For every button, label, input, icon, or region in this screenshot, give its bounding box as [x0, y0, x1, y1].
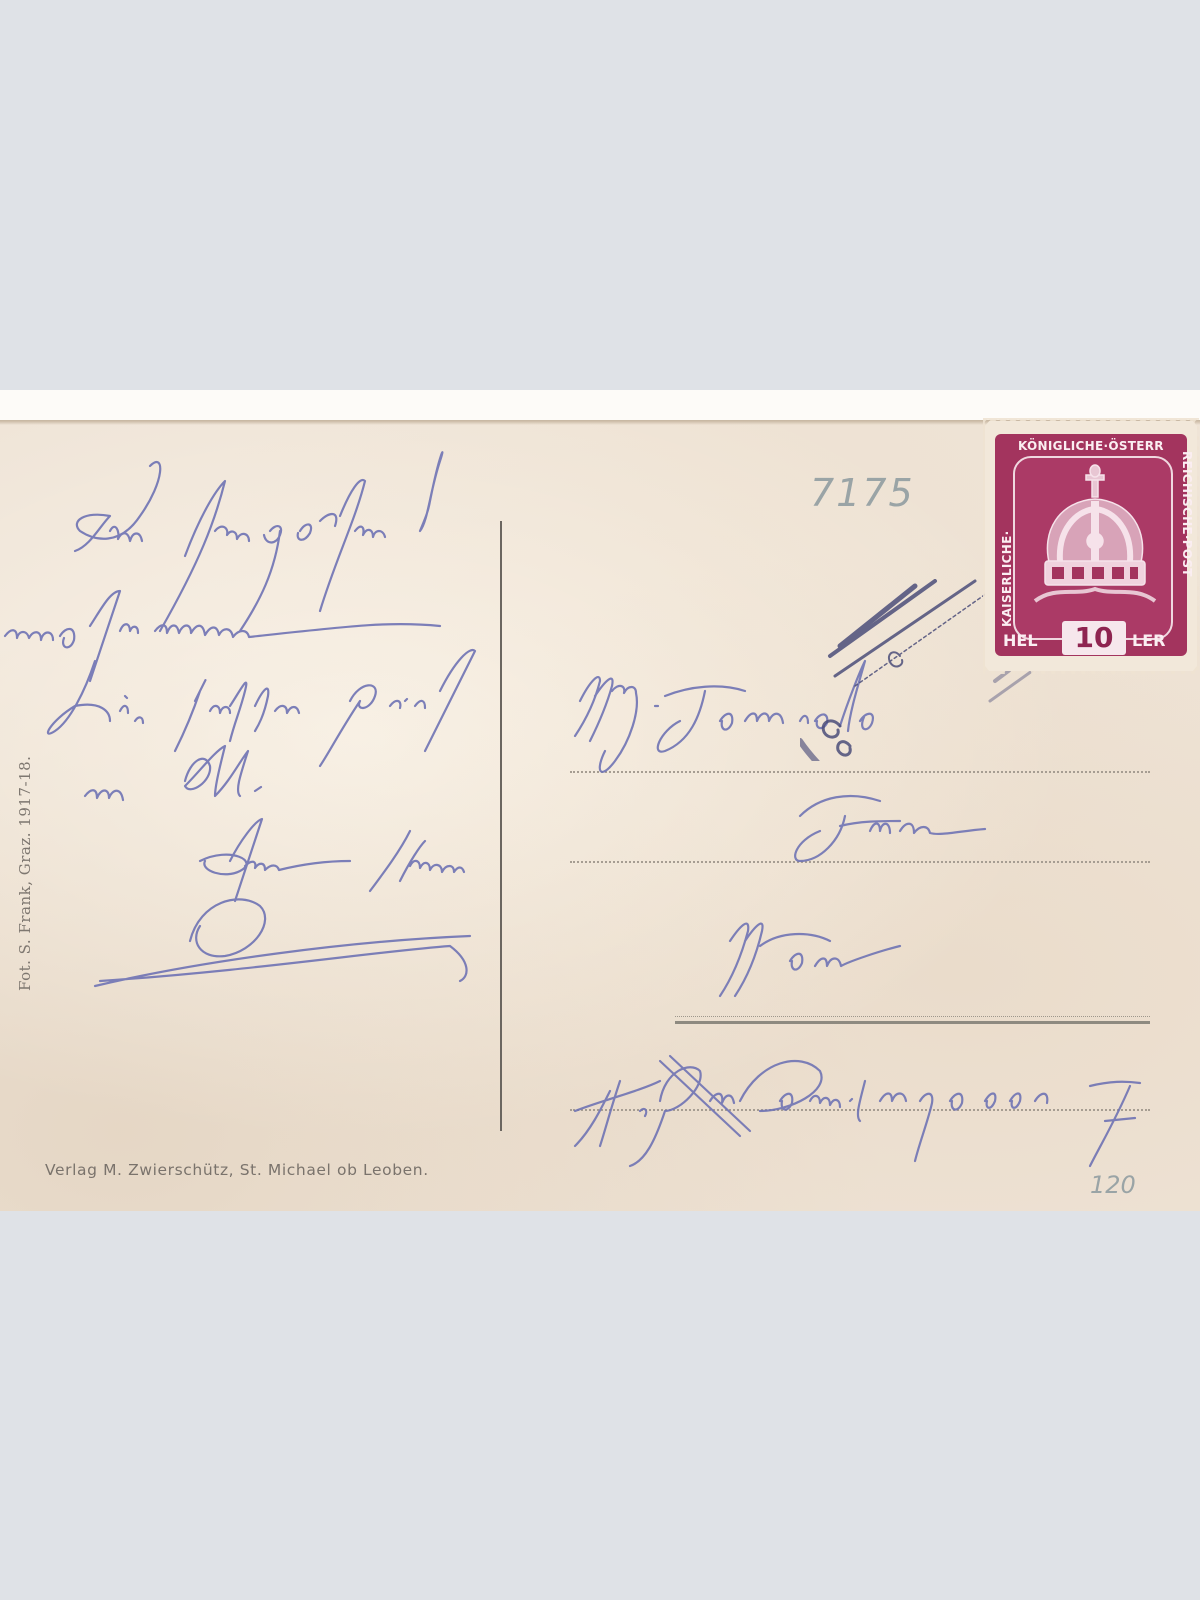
stamp-denomination: 10	[1062, 621, 1126, 655]
stamp-inscription-left: KAISERLICHE·	[1000, 531, 1014, 627]
stamp-currency-right: LER	[1132, 631, 1165, 650]
crown-icon	[1030, 461, 1160, 611]
stamp-inscription-right: REICHISCHE·POST	[1180, 451, 1194, 577]
postcard: Fot. S. Frank, Graz. 1917-18. Verlag M. …	[0, 420, 1200, 1211]
stamp-inscription-top: KÖNIGLICHE·ÖSTERR	[1018, 439, 1164, 453]
stamp-currency-left: HEL	[1003, 631, 1038, 650]
scan-margin	[0, 390, 1200, 420]
